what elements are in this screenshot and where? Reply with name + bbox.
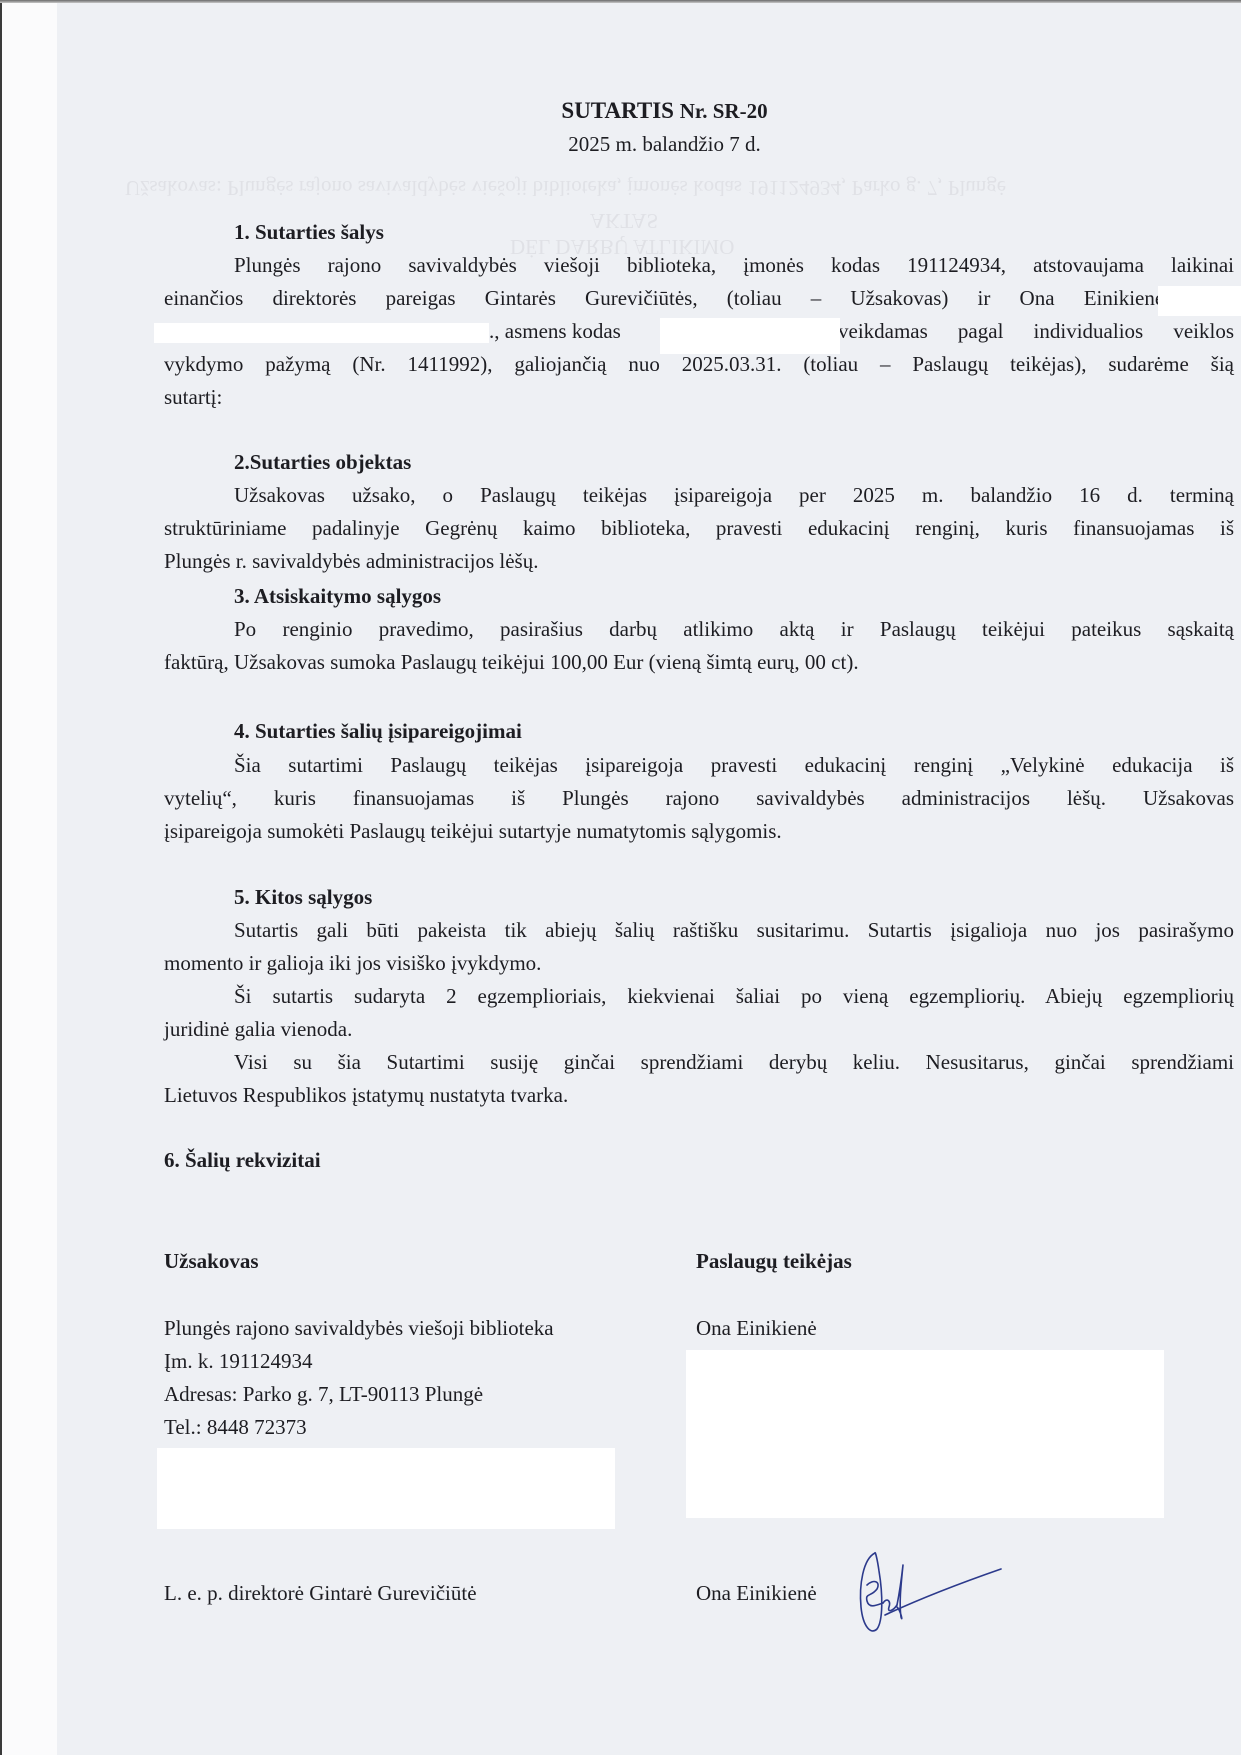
section-5-line: Lietuvos Respublikos įstatymų nustatyta …: [164, 1079, 1234, 1112]
customer-signatory: L. e. p. direktorė Gintarė Gurevičiūtė: [164, 1581, 477, 1606]
redaction-block: [157, 1448, 615, 1529]
section-5-line: momento ir galioja iki jos visiško įvykd…: [164, 947, 1234, 980]
section-5-line: Visi su šia Sutartimi susiję ginčai spre…: [164, 1046, 1234, 1079]
document-title: SUTARTIS Nr. SR-20: [0, 98, 1241, 124]
section-6-heading: 6. Šalių rekvizitai: [164, 1148, 321, 1173]
redaction-block: [1158, 286, 1241, 316]
section-2-heading: 2.Sutarties objektas: [234, 450, 411, 475]
redaction-block: [154, 323, 489, 343]
title-main: SUTARTIS: [561, 98, 674, 123]
scan-left-margin: [0, 0, 57, 1755]
redaction-block: [686, 1350, 1164, 1518]
section-2-line: Užsakovas užsako, o Paslaugų teikėjas įs…: [164, 479, 1234, 512]
customer-code: Įm. k. 191124934: [164, 1349, 313, 1374]
provider-label: Paslaugų teikėjas: [696, 1249, 852, 1274]
customer-label: Užsakovas: [164, 1249, 259, 1274]
title-number: Nr. SR-20: [680, 99, 768, 123]
section-5-line: juridinė galia vienoda.: [164, 1013, 1234, 1046]
section-2-line: Plungės r. savivaldybės administracijos …: [164, 545, 1234, 578]
section-1-heading: 1. Sutarties šalys: [234, 220, 384, 245]
bleed-through-text: Užsakovas: Plungės rajono savivaldybės v…: [125, 175, 1006, 200]
scan-left-edge: [0, 0, 2, 1755]
scan-top-edge: [0, 0, 1241, 3]
section-3-line: faktūrą, Užsakovas sumoka Paslaugų teikė…: [164, 646, 1234, 679]
section-5-line: Ši sutartis sudaryta 2 egzemplioriais, k…: [164, 980, 1234, 1013]
customer-phone: Tel.: 8448 72373: [164, 1415, 307, 1440]
section-1-line-fragment: veikdamas pagal individualios veiklos: [838, 315, 1234, 348]
section-3-line: Po renginio pravedimo, pasirašius darbų …: [164, 613, 1234, 646]
section-1-line: sutartį:: [164, 381, 1234, 414]
bleed-through-text: AKTAS: [590, 208, 658, 233]
section-1-line: einančios direktorės pareigas Gintarės G…: [164, 282, 1234, 315]
section-4-heading: 4. Sutarties šalių įsipareigojimai: [234, 719, 522, 744]
section-5-line: Sutartis gali būti pakeista tik abiejų š…: [164, 914, 1234, 947]
redaction-block: [660, 318, 840, 354]
customer-address: Adresas: Parko g. 7, LT-90113 Plungė: [164, 1382, 483, 1407]
section-1-line-fragment: ., asmens kodas: [489, 315, 621, 348]
document-date: 2025 m. balandžio 7 d.: [0, 132, 1241, 157]
provider-name: Ona Einikienė: [696, 1316, 817, 1341]
provider-signatory: Ona Einikienė: [696, 1581, 817, 1606]
handwritten-signature-icon: [855, 1545, 1005, 1645]
section-1-line: Plungės rajono savivaldybės viešoji bibl…: [164, 249, 1234, 282]
section-4-line: vytelių“, kuris finansuojamas iš Plungės…: [164, 782, 1234, 815]
section-3-heading: 3. Atsiskaitymo sąlygos: [234, 584, 441, 609]
customer-name: Plungės rajono savivaldybės viešoji bibl…: [164, 1316, 554, 1341]
section-5-heading: 5. Kitos sąlygos: [234, 885, 372, 910]
section-2-line: struktūriniame padalinyje Gegrėnų kaimo …: [164, 512, 1234, 545]
section-4-line: įsipareigoja sumokėti Paslaugų teikėjui …: [164, 815, 1234, 848]
section-4-line: Šia sutartimi Paslaugų teikėjas įsiparei…: [164, 749, 1234, 782]
